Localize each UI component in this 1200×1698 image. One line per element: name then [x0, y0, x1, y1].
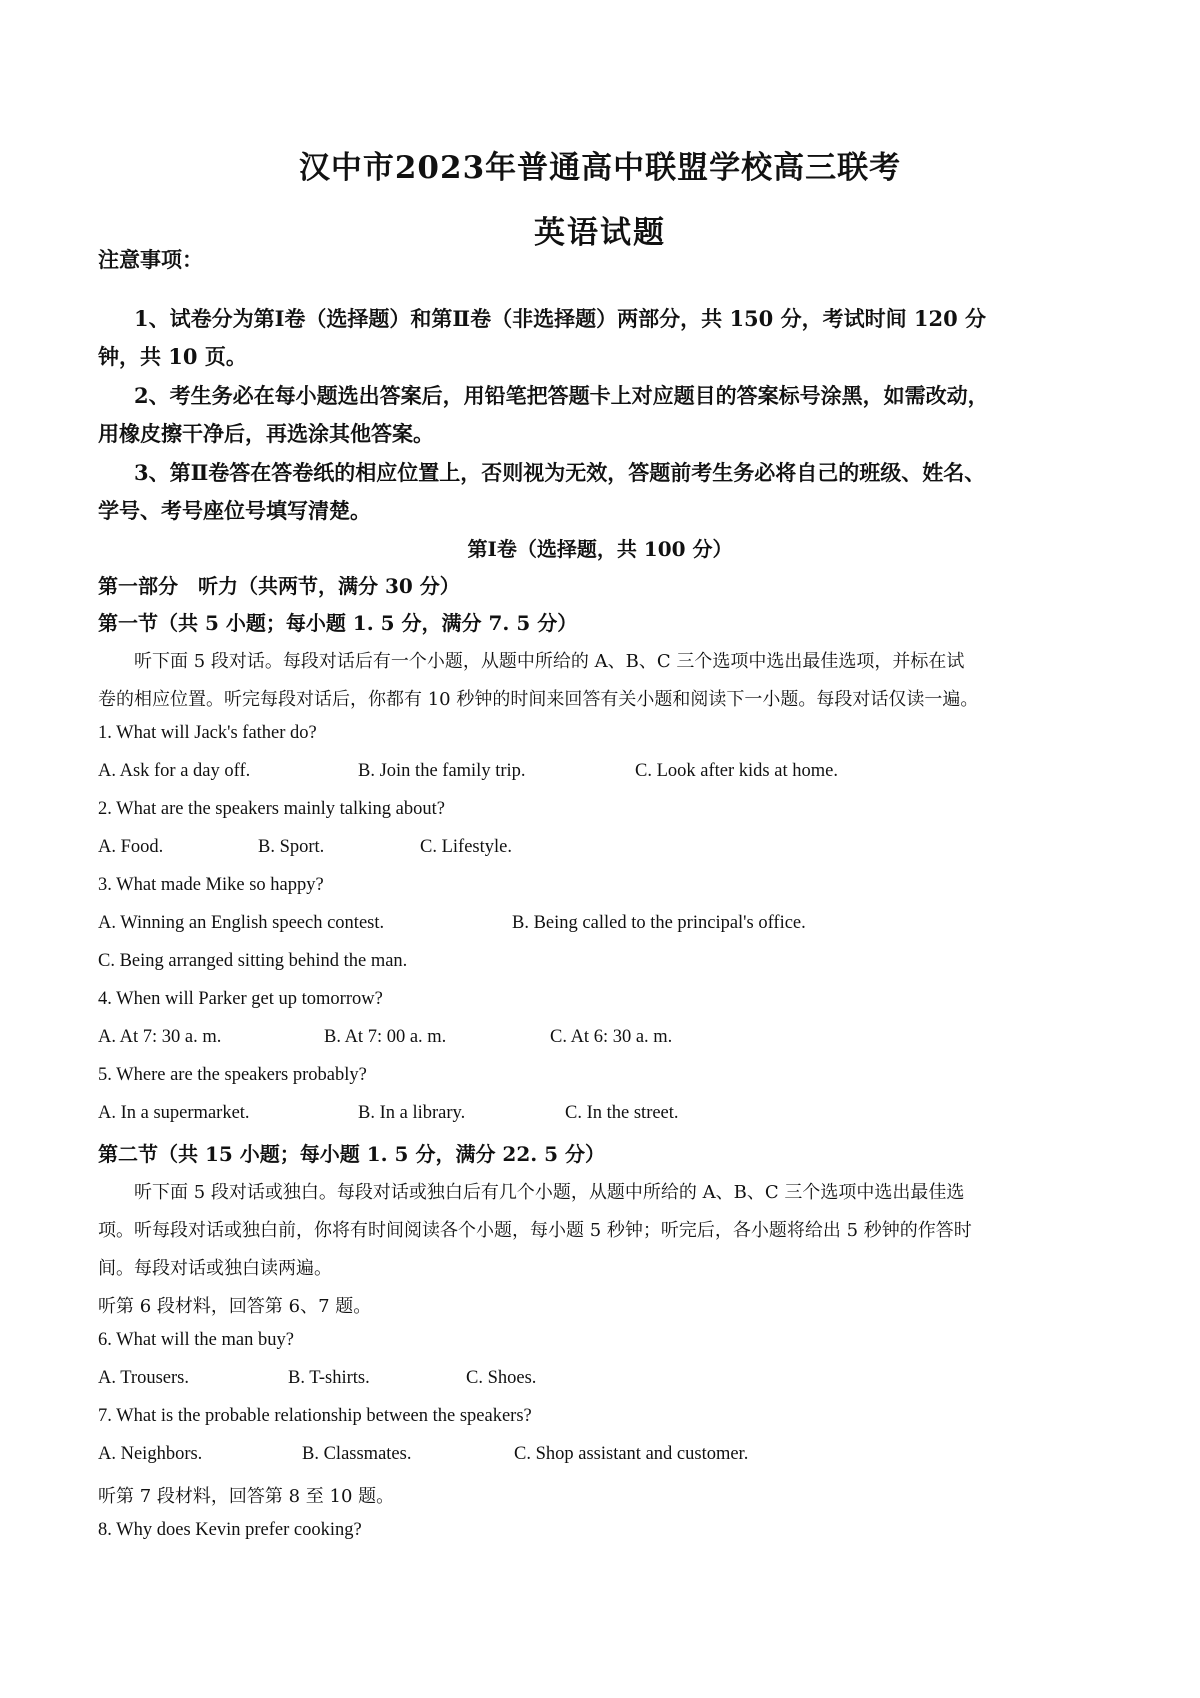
option-b[interactable]: B. Classmates. [302, 1444, 514, 1465]
question-4: 4. When will Parker get up tomorrow? [98, 989, 383, 1010]
option-b[interactable]: B. Being called to the principal's offic… [512, 913, 806, 934]
section1-title: 第一节（共 5 小题；每小题 1. 5 分，满分 7. 5 分） [98, 607, 577, 636]
option-c[interactable]: C. Being arranged sitting behind the man… [98, 951, 407, 972]
question-5: 5. Where are the speakers probably? [98, 1065, 367, 1086]
option-a[interactable]: A. In a supermarket. [98, 1103, 358, 1124]
question-6-options: A. Trousers.B. T-shirts.C. Shoes. [98, 1368, 536, 1389]
notice-item-3-line1: 3、第Ⅱ卷答在答卷纸的相应位置上，否则视为无效，答题前考生务必将自己的班级、姓名… [134, 457, 985, 487]
exam-page: 汉中市2023年普通高中联盟学校高三联考 英语试题 注意事项： 1、试卷分为第Ⅰ… [0, 0, 1200, 1698]
option-a[interactable]: A. Ask for a day off. [98, 761, 358, 782]
option-c[interactable]: C. Look after kids at home. [635, 761, 838, 782]
option-a[interactable]: A. Food. [98, 837, 258, 858]
exam-title: 汉中市2023年普通高中联盟学校高三联考 [0, 142, 1200, 187]
option-c[interactable]: C. At 6: 30 a. m. [550, 1027, 672, 1048]
option-b[interactable]: B. In a library. [358, 1103, 565, 1124]
option-a[interactable]: A. Neighbors. [98, 1444, 302, 1465]
option-a[interactable]: A. Winning an English speech contest. [98, 913, 512, 934]
option-c[interactable]: C. Shoes. [466, 1368, 536, 1389]
notice-item-2-line2: 用橡皮擦干净后，再选涂其他答案。 [98, 418, 434, 448]
option-c[interactable]: C. In the street. [565, 1103, 679, 1124]
question-2-options: A. Food.B. Sport.C. Lifestyle. [98, 837, 512, 858]
part1-title: 第一部分 听力（共两节，满分 30 分） [98, 570, 460, 599]
notice-heading: 注意事项： [98, 244, 203, 274]
option-b[interactable]: B. Sport. [258, 837, 420, 858]
material-7-heading: 听第 7 段材料，回答第 8 至 10 题。 [98, 1482, 394, 1508]
section1-instructions-1: 听下面 5 段对话。每段对话后有一个小题，从题中所给的 A、B、C 三个选项中选… [134, 647, 964, 673]
option-c[interactable]: C. Lifestyle. [420, 837, 512, 858]
notice-item-1-line2: 钟，共 10 页。 [98, 341, 247, 371]
material-6-heading: 听第 6 段材料，回答第 6、7 题。 [98, 1292, 371, 1318]
option-b[interactable]: B. At 7: 00 a. m. [324, 1027, 550, 1048]
question-7: 7. What is the probable relationship bet… [98, 1406, 532, 1427]
volume1-title: 第Ⅰ卷（选择题，共 100 分） [0, 533, 1200, 562]
section2-title: 第二节（共 15 小题；每小题 1. 5 分，满分 22. 5 分） [98, 1138, 605, 1167]
question-8: 8. Why does Kevin prefer cooking? [98, 1520, 362, 1541]
question-5-options: A. In a supermarket.B. In a library.C. I… [98, 1103, 679, 1124]
section2-instructions-3: 间。每段对话或独白读两遍。 [98, 1254, 332, 1280]
option-a[interactable]: A. Trousers. [98, 1368, 288, 1389]
question-7-options: A. Neighbors.B. Classmates.C. Shop assis… [98, 1444, 748, 1465]
question-3-options-ab: A. Winning an English speech contest.B. … [98, 913, 806, 934]
question-1-options: A. Ask for a day off.B. Join the family … [98, 761, 838, 782]
option-c[interactable]: C. Shop assistant and customer. [514, 1444, 748, 1465]
option-b[interactable]: B. T-shirts. [288, 1368, 466, 1389]
notice-item-3-line2: 学号、考号座位号填写清楚。 [98, 495, 371, 525]
option-a[interactable]: A. At 7: 30 a. m. [98, 1027, 324, 1048]
question-2: 2. What are the speakers mainly talking … [98, 799, 445, 820]
question-1: 1. What will Jack's father do? [98, 723, 317, 744]
section2-instructions-2: 项。听每段对话或独白前，你将有时间阅读各个小题，每小题 5 秒钟；听完后，各小题… [98, 1216, 972, 1242]
notice-item-1-line1: 1、试卷分为第Ⅰ卷（选择题）和第Ⅱ卷（非选择题）两部分，共 150 分，考试时间… [134, 303, 986, 333]
section2-instructions-1: 听下面 5 段对话或独白。每段对话或独白后有几个小题，从题中所给的 A、B、C … [134, 1178, 964, 1204]
question-6: 6. What will the man buy? [98, 1330, 294, 1351]
option-b[interactable]: B. Join the family trip. [358, 761, 635, 782]
question-4-options: A. At 7: 30 a. m.B. At 7: 00 a. m.C. At … [98, 1027, 672, 1048]
section1-instructions-2: 卷的相应位置。听完每段对话后，你都有 10 秒钟的时间来回答有关小题和阅读下一小… [98, 685, 978, 711]
notice-item-2-line1: 2、考生务必在每小题选出答案后，用铅笔把答题卡上对应题目的答案标号涂黑，如需改动… [134, 380, 989, 410]
question-3: 3. What made Mike so happy? [98, 875, 324, 896]
